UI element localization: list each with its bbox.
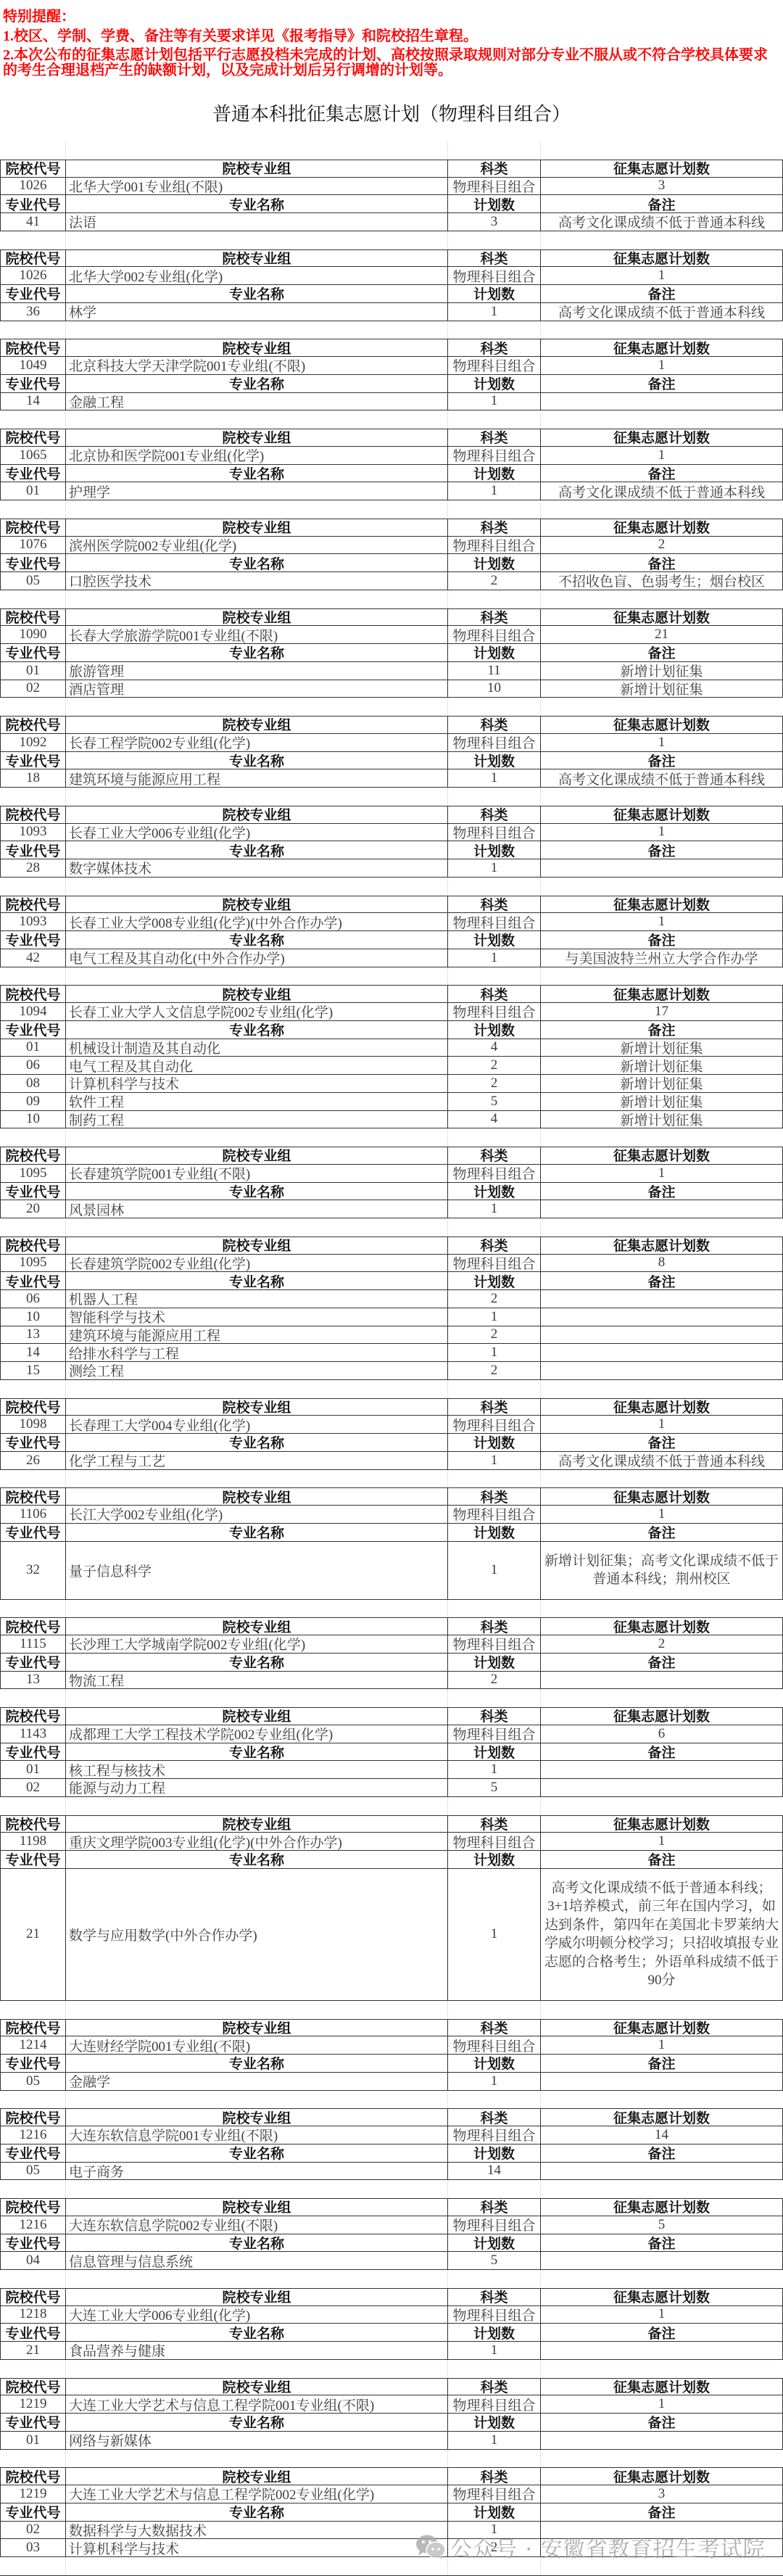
major-name: 旅游管理 xyxy=(66,662,448,680)
major-name: 电气工程及其自动化(中外合作办学) xyxy=(66,949,448,967)
col-header-plan-total: 征集志愿计划数 xyxy=(541,806,783,824)
col-header-category: 科类 xyxy=(448,2198,541,2216)
major-plan: 1 xyxy=(448,1344,541,1362)
spacer-row xyxy=(0,1218,783,1237)
spacer-row xyxy=(0,1470,783,1488)
spacer-cell xyxy=(0,1128,66,1147)
spacer-cell xyxy=(66,1689,448,1707)
col-header-major-code: 专业代号 xyxy=(0,2144,66,2163)
spacer-cell xyxy=(448,1380,541,1398)
group-block: 院校代号 院校专业组 科类 征集志愿计划数 1098 长春理工大学004专业组(… xyxy=(0,1398,783,1470)
major-code: 06 xyxy=(0,1057,66,1075)
major-row: 08 计算机科学与技术 2 新增计划征集 xyxy=(0,1075,783,1093)
spacer-cell xyxy=(448,231,541,249)
col-header-school-code: 院校代号 xyxy=(0,2288,66,2306)
major-remark: 高考文化课成绩不低于普通本科线 xyxy=(541,303,783,321)
col-header-remark: 备注 xyxy=(541,841,783,859)
group-name: 成都理工大学工程技术学院002专业组(化学) xyxy=(66,1725,448,1743)
col-header-major-name: 专业名称 xyxy=(66,931,448,949)
spacer-row xyxy=(0,410,783,429)
major-remark xyxy=(541,393,783,411)
col-header-major-name: 专业名称 xyxy=(66,2055,448,2073)
spacer-cell xyxy=(66,698,448,716)
category: 物理科目组合 xyxy=(448,1506,541,1524)
col-header-plan-total: 征集志愿计划数 xyxy=(541,519,783,537)
school-code: 1106 xyxy=(0,1506,66,1524)
major-name: 数学与应用数学(中外合作办学) xyxy=(66,1869,448,2001)
major-name: 智能科学与技术 xyxy=(66,1308,448,1326)
watermark: 公众号 · 安徽省教育招生考试院 xyxy=(415,2531,766,2563)
major-plan: 2 xyxy=(448,1326,541,1345)
col-header-major-plan: 计划数 xyxy=(448,1272,541,1290)
category: 物理科目组合 xyxy=(448,2395,541,2414)
category: 物理科目组合 xyxy=(448,1165,541,1183)
group-name: 长春大学旅游学院001专业组(不限) xyxy=(66,626,448,644)
col-header-major-code: 专业代号 xyxy=(0,1183,66,1201)
major-remark: 新增计划征集；高考文化课成绩不低于普通本科线；荆州校区 xyxy=(541,1542,783,1600)
group-header-row: 院校代号 院校专业组 科类 征集志愿计划数 xyxy=(0,1487,783,1506)
major-list: 26 化学工程与工艺 1 高考文化课成绩不低于普通本科线 xyxy=(0,1452,783,1470)
col-header-remark: 备注 xyxy=(541,1743,783,1762)
col-header-plan-total: 征集志愿计划数 xyxy=(541,2378,783,2396)
spacer-cell xyxy=(541,1689,783,1707)
major-plan: 4 xyxy=(448,1039,541,1057)
major-row: 28 数字媒体技术 1 xyxy=(0,859,783,878)
col-header-remark: 备注 xyxy=(541,285,783,303)
col-header-category: 科类 xyxy=(448,1147,541,1165)
major-list: 04 信息管理与信息系统 5 xyxy=(0,2252,783,2270)
col-header-major-name: 专业名称 xyxy=(66,752,448,770)
group-block: 院校代号 院校专业组 科类 征集志愿计划数 1026 北华大学002专业组(化学… xyxy=(0,249,783,321)
major-name: 给排水科学与工程 xyxy=(66,1344,448,1362)
major-header-row: 专业代号 专业名称 计划数 备注 xyxy=(0,1851,783,1869)
major-remark: 不招收色盲、色弱考生；烟台校区 xyxy=(541,572,783,590)
col-header-remark: 备注 xyxy=(541,2234,783,2253)
group-row: 1093 长春工业大学008专业组(化学)(中外合作办学) 物理科目组合 1 xyxy=(0,913,783,931)
spacer-row xyxy=(0,2360,783,2378)
spacer-row xyxy=(0,1797,783,1815)
major-code: 02 xyxy=(0,1779,66,1797)
spacer-cell xyxy=(541,1470,783,1488)
col-header-remark: 备注 xyxy=(541,1654,783,1672)
category: 物理科目组合 xyxy=(448,267,541,285)
col-header-plan-total: 征集志愿计划数 xyxy=(541,2019,783,2037)
group-header-row: 院校代号 院校专业组 科类 征集志愿计划数 xyxy=(0,806,783,824)
spacer-cell xyxy=(448,590,541,608)
col-header-school-code: 院校代号 xyxy=(0,1707,66,1725)
spacer-cell xyxy=(448,2360,541,2378)
group-block: 院校代号 院校专业组 科类 征集志愿计划数 1143 成都理工大学工程技术学院0… xyxy=(0,1707,783,1797)
spacer-cell xyxy=(448,698,541,716)
spacer-cell xyxy=(66,2557,448,2575)
category: 物理科目组合 xyxy=(448,626,541,644)
group-row: 1106 长江大学002专业组(化学) 物理科目组合 1 xyxy=(0,1506,783,1524)
major-remark xyxy=(541,1308,783,1326)
major-remark: 新增计划征集 xyxy=(541,1039,783,1057)
major-row: 06 电气工程及其自动化 2 新增计划征集 xyxy=(0,1057,783,1075)
major-list: 21 数学与应用数学(中外合作办学) 1 高考文化课成绩不低于普通本科线；3+1… xyxy=(0,1869,783,2001)
spacer-cell xyxy=(0,2450,66,2468)
col-header-major-name: 专业名称 xyxy=(66,1524,448,1542)
col-header-category: 科类 xyxy=(448,1617,541,1635)
spacer-cell xyxy=(541,2360,783,2378)
category: 物理科目组合 xyxy=(448,913,541,931)
col-header-major-plan: 计划数 xyxy=(448,2324,541,2342)
major-plan: 1 xyxy=(448,2073,541,2091)
school-code: 1095 xyxy=(0,1165,66,1183)
col-header-category: 科类 xyxy=(448,1815,541,1833)
major-code: 14 xyxy=(0,1344,66,1362)
col-header-category: 科类 xyxy=(448,608,541,627)
col-header-group: 院校专业组 xyxy=(66,608,448,627)
major-remark xyxy=(541,1362,783,1380)
col-header-remark: 备注 xyxy=(541,2324,783,2342)
spacer-row xyxy=(0,1380,783,1398)
col-header-school-code: 院校代号 xyxy=(0,249,66,268)
spacer-row xyxy=(0,590,783,608)
school-code: 1065 xyxy=(0,447,66,465)
major-row: 01 护理学 1 高考文化课成绩不低于普通本科线 xyxy=(0,482,783,500)
col-header-group: 院校专业组 xyxy=(66,1815,448,1833)
col-header-school-code: 院校代号 xyxy=(0,2467,66,2485)
major-name: 制药工程 xyxy=(66,1111,448,1129)
plan-total: 1 xyxy=(541,1506,783,1524)
col-header-plan-total: 征集志愿计划数 xyxy=(541,160,783,178)
major-remark xyxy=(541,1672,783,1690)
school-code: 1218 xyxy=(0,2306,66,2324)
major-header-row: 专业代号 专业名称 计划数 备注 xyxy=(0,2414,783,2432)
major-remark: 新增计划征集 xyxy=(541,680,783,698)
col-header-major-code: 专业代号 xyxy=(0,2324,66,2342)
spacer-cell xyxy=(66,2091,448,2109)
category: 物理科目组合 xyxy=(448,447,541,465)
major-row: 14 给排水科学与工程 1 xyxy=(0,1344,783,1362)
spacer-row xyxy=(0,2180,783,2198)
col-header-category: 科类 xyxy=(448,339,541,357)
major-list: 05 金融学 1 xyxy=(0,2073,783,2091)
col-header-major-code: 专业代号 xyxy=(0,1654,66,1672)
spacer-cell xyxy=(66,1218,448,1237)
col-header-major-plan: 计划数 xyxy=(448,1743,541,1762)
spacer-cell xyxy=(0,141,66,160)
spacer-row xyxy=(0,1128,783,1147)
category: 物理科目组合 xyxy=(448,2036,541,2055)
major-name: 测绘工程 xyxy=(66,1362,448,1380)
col-header-major-plan: 计划数 xyxy=(448,752,541,770)
col-header-major-plan: 计划数 xyxy=(448,465,541,483)
major-plan: 1 xyxy=(448,1452,541,1470)
major-plan: 10 xyxy=(448,680,541,698)
major-remark xyxy=(541,1344,783,1362)
spacer-cell xyxy=(66,2270,448,2288)
spacer-cell xyxy=(66,2180,448,2198)
major-name: 数字媒体技术 xyxy=(66,859,448,878)
major-name: 法语 xyxy=(66,213,448,231)
major-code: 09 xyxy=(0,1093,66,1111)
col-header-school-code: 院校代号 xyxy=(0,1815,66,1833)
col-header-school-code: 院校代号 xyxy=(0,339,66,357)
col-header-plan-total: 征集志愿计划数 xyxy=(541,716,783,734)
group-header-row: 院校代号 院校专业组 科类 征集志愿计划数 xyxy=(0,985,783,1003)
group-name: 长江大学002专业组(化学) xyxy=(66,1506,448,1524)
major-plan: 1 xyxy=(448,1542,541,1600)
spacer-cell xyxy=(0,321,66,339)
col-header-group: 院校专业组 xyxy=(66,160,448,178)
group-header-row: 院校代号 院校专业组 科类 征集志愿计划数 xyxy=(0,716,783,734)
col-header-major-name: 专业名称 xyxy=(66,465,448,483)
col-header-group: 院校专业组 xyxy=(66,1237,448,1255)
col-header-remark: 备注 xyxy=(541,1524,783,1542)
major-row: 05 电子商务 14 xyxy=(0,2163,783,2181)
col-header-major-code: 专业代号 xyxy=(0,554,66,572)
col-header-major-name: 专业名称 xyxy=(66,2503,448,2522)
major-row: 42 电气工程及其自动化(中外合作办学) 1 与美国波特兰州立大学合作办学 xyxy=(0,949,783,967)
plan-total: 1 xyxy=(541,2395,783,2414)
col-header-plan-total: 征集志愿计划数 xyxy=(541,985,783,1003)
spacer-cell xyxy=(541,2450,783,2468)
col-header-major-plan: 计划数 xyxy=(448,931,541,949)
notice-item-1: 1.校区、学制、学费、备注等有关要求详见《报考指导》和院校招生章程。 xyxy=(3,28,478,45)
plan-total: 2 xyxy=(541,537,783,555)
group-name: 北京科技大学天津学院001专业组(不限) xyxy=(66,357,448,375)
spacer-row xyxy=(0,2270,783,2288)
major-plan: 1 xyxy=(448,859,541,878)
col-header-major-name: 专业名称 xyxy=(66,2144,448,2163)
category: 物理科目组合 xyxy=(448,2485,541,2503)
major-header-row: 专业代号 专业名称 计划数 备注 xyxy=(0,1743,783,1762)
major-code: 14 xyxy=(0,393,66,411)
plan-total: 6 xyxy=(541,1725,783,1743)
category: 物理科目组合 xyxy=(448,178,541,196)
col-header-plan-total: 征集志愿计划数 xyxy=(541,249,783,268)
spacer-cell xyxy=(448,2450,541,2468)
col-header-remark: 备注 xyxy=(541,1434,783,1452)
major-list: 06 机器人工程 2 10 智能科学与技术 1 13 建筑环境与能源应用工程 2… xyxy=(0,1290,783,1380)
major-remark: 新增计划征集 xyxy=(541,1057,783,1075)
category: 物理科目组合 xyxy=(448,2126,541,2144)
col-header-major-name: 专业名称 xyxy=(66,1743,448,1762)
plan-total: 1 xyxy=(541,2306,783,2324)
major-name: 能源与动力工程 xyxy=(66,1779,448,1797)
major-row: 26 化学工程与工艺 1 高考文化课成绩不低于普通本科线 xyxy=(0,1452,783,1470)
spacer-cell xyxy=(448,1600,541,1618)
spacer-cell xyxy=(0,500,66,519)
category: 物理科目组合 xyxy=(448,1635,541,1654)
col-header-major-plan: 计划数 xyxy=(448,1021,541,1039)
school-code: 1026 xyxy=(0,267,66,285)
notice-item-2-continued: 的考生合理退档产生的缺额计划，以及完成计划后另行调增的计划等。 xyxy=(3,62,452,79)
major-plan: 3 xyxy=(448,213,541,231)
special-notice: 特别提醒： 1.校区、学制、学费、备注等有关要求详见《报考指导》和院校招生章程。… xyxy=(0,0,783,81)
col-header-category: 科类 xyxy=(448,1398,541,1416)
col-header-major-plan: 计划数 xyxy=(448,2503,541,2522)
col-header-group: 院校专业组 xyxy=(66,1398,448,1416)
major-row: 02 能源与动力工程 5 xyxy=(0,1779,783,1797)
major-remark: 新增计划征集 xyxy=(541,1111,783,1129)
col-header-major-plan: 计划数 xyxy=(448,1183,541,1201)
col-header-remark: 备注 xyxy=(541,465,783,483)
major-list: 14 金融工程 1 xyxy=(0,393,783,411)
category: 物理科目组合 xyxy=(448,1003,541,1021)
major-plan: 2 xyxy=(448,1057,541,1075)
major-code: 02 xyxy=(0,2522,66,2540)
major-code: 01 xyxy=(0,1039,66,1057)
group-header-row: 院校代号 院校专业组 科类 征集志愿计划数 xyxy=(0,1707,783,1725)
group-name: 大连财经学院001专业组(不限) xyxy=(66,2036,448,2055)
major-list: 42 电气工程及其自动化(中外合作办学) 1 与美国波特兰州立大学合作办学 xyxy=(0,949,783,967)
col-header-school-code: 院校代号 xyxy=(0,896,66,914)
major-remark: 新增计划征集 xyxy=(541,1093,783,1111)
major-name: 金融工程 xyxy=(66,393,448,411)
plan-total: 1 xyxy=(541,824,783,842)
major-remark: 高考文化课成绩不低于普通本科线；3+1培养模式，前三年在国内学习，如达到条件，第… xyxy=(541,1869,783,2001)
major-row: 10 智能科学与技术 1 xyxy=(0,1308,783,1326)
major-plan: 11 xyxy=(448,662,541,680)
major-header-row: 专业代号 专业名称 计划数 备注 xyxy=(0,1272,783,1290)
group-header-row: 院校代号 院校专业组 科类 征集志愿计划数 xyxy=(0,1617,783,1635)
major-plan: 1 xyxy=(448,949,541,967)
school-code: 1098 xyxy=(0,1416,66,1434)
col-header-remark: 备注 xyxy=(541,2414,783,2432)
spacer-cell xyxy=(66,2001,448,2019)
spacer-cell xyxy=(448,321,541,339)
group-block: 院校代号 院校专业组 科类 征集志愿计划数 1095 长春建筑学院002专业组(… xyxy=(0,1237,783,1380)
col-header-group: 院校专业组 xyxy=(66,806,448,824)
spacer-cell xyxy=(66,2360,448,2378)
plan-total: 1 xyxy=(541,913,783,931)
col-header-remark: 备注 xyxy=(541,1851,783,1869)
col-header-major-name: 专业名称 xyxy=(66,285,448,303)
group-name: 大连东软信息学院002专业组(不限) xyxy=(66,2216,448,2234)
major-remark xyxy=(541,2432,783,2450)
major-code: 36 xyxy=(0,303,66,321)
spacer-cell xyxy=(541,1600,783,1618)
group-header-row: 院校代号 院校专业组 科类 征集志愿计划数 xyxy=(0,1815,783,1833)
col-header-major-plan: 计划数 xyxy=(448,1654,541,1672)
col-header-category: 科类 xyxy=(448,985,541,1003)
spacer-row xyxy=(0,2091,783,2109)
major-plan: 2 xyxy=(448,572,541,590)
group-row: 1095 长春建筑学院002专业组(化学) 物理科目组合 8 xyxy=(0,1255,783,1273)
major-list: 32 量子信息科学 1 新增计划征集；高考文化课成绩不低于普通本科线；荆州校区 xyxy=(0,1542,783,1600)
major-plan: 2 xyxy=(448,1672,541,1690)
group-header-row: 院校代号 院校专业组 科类 征集志愿计划数 xyxy=(0,1398,783,1416)
major-list: 05 电子商务 14 xyxy=(0,2163,783,2181)
major-header-row: 专业代号 专业名称 计划数 备注 xyxy=(0,2324,783,2342)
group-name: 长春工业大学006专业组(化学) xyxy=(66,824,448,842)
col-header-category: 科类 xyxy=(448,2378,541,2396)
category: 物理科目组合 xyxy=(448,824,541,842)
col-header-remark: 备注 xyxy=(541,2503,783,2522)
group-row: 1090 长春大学旅游学院001专业组(不限) 物理科目组合 21 xyxy=(0,626,783,644)
major-header-row: 专业代号 专业名称 计划数 备注 xyxy=(0,2503,783,2522)
major-list: 20 风景园林 1 xyxy=(0,1200,783,1218)
category: 物理科目组合 xyxy=(448,1725,541,1743)
spacer-cell xyxy=(66,1128,448,1147)
col-header-major-code: 专业代号 xyxy=(0,2503,66,2522)
major-list: 36 林学 1 高考文化课成绩不低于普通本科线 xyxy=(0,303,783,321)
major-row: 01 旅游管理 11 新增计划征集 xyxy=(0,662,783,680)
spacer-cell xyxy=(541,2270,783,2288)
col-header-category: 科类 xyxy=(448,896,541,914)
major-row: 09 软件工程 5 新增计划征集 xyxy=(0,1093,783,1111)
col-header-plan-total: 征集志愿计划数 xyxy=(541,1398,783,1416)
spacer-cell xyxy=(448,2270,541,2288)
major-code: 18 xyxy=(0,769,66,788)
major-plan: 1 xyxy=(448,2342,541,2360)
major-code: 20 xyxy=(0,1200,66,1218)
col-header-major-name: 专业名称 xyxy=(66,554,448,572)
col-header-major-code: 专业代号 xyxy=(0,1524,66,1542)
major-plan: 1 xyxy=(448,482,541,500)
plan-total: 1 xyxy=(541,2036,783,2055)
spacer-cell xyxy=(66,788,448,806)
major-remark: 高考文化课成绩不低于普通本科线 xyxy=(541,769,783,788)
major-name: 机械设计制造及其自动化 xyxy=(66,1039,448,1057)
group-header-row: 院校代号 院校专业组 科类 征集志愿计划数 xyxy=(0,896,783,914)
spacer-cell xyxy=(448,1470,541,1488)
col-header-major-plan: 计划数 xyxy=(448,195,541,213)
major-code: 26 xyxy=(0,1452,66,1470)
school-code: 1093 xyxy=(0,824,66,842)
spacer-cell xyxy=(0,2557,66,2575)
spacer-cell xyxy=(66,1797,448,1815)
col-header-major-code: 专业代号 xyxy=(0,465,66,483)
major-remark xyxy=(541,2252,783,2270)
spacer-cell xyxy=(541,2091,783,2109)
col-header-major-plan: 计划数 xyxy=(448,1524,541,1542)
col-header-group: 院校专业组 xyxy=(66,2288,448,2306)
major-row: 13 建筑环境与能源应用工程 2 xyxy=(0,1326,783,1345)
major-code: 42 xyxy=(0,949,66,967)
col-header-plan-total: 征集志愿计划数 xyxy=(541,2288,783,2306)
spacer-row xyxy=(0,2450,783,2468)
spacer-cell xyxy=(0,231,66,249)
school-code: 1216 xyxy=(0,2126,66,2144)
col-header-major-plan: 计划数 xyxy=(448,2234,541,2253)
major-header-row: 专业代号 专业名称 计划数 备注 xyxy=(0,285,783,303)
spacer-cell xyxy=(0,698,66,716)
spacer-cell xyxy=(66,1600,448,1618)
major-name: 软件工程 xyxy=(66,1093,448,1111)
spacer-cell xyxy=(541,231,783,249)
plan-total: 17 xyxy=(541,1003,783,1021)
col-header-plan-total: 征集志愿计划数 xyxy=(541,429,783,447)
school-code: 1026 xyxy=(0,178,66,196)
group-name: 大连工业大学艺术与信息工程学院001专业组(不限) xyxy=(66,2395,448,2414)
major-list: 01 核工程与核技术 1 02 能源与动力工程 5 xyxy=(0,1761,783,1797)
group-header-row: 院校代号 院校专业组 科类 征集志愿计划数 xyxy=(0,2108,783,2126)
major-remark: 高考文化课成绩不低于普通本科线 xyxy=(541,1452,783,1470)
plan-total: 3 xyxy=(541,178,783,196)
group-row: 1115 长沙理工大学城南学院002专业组(化学) 物理科目组合 2 xyxy=(0,1635,783,1654)
major-name: 护理学 xyxy=(66,482,448,500)
spacer-cell xyxy=(448,1797,541,1815)
category: 物理科目组合 xyxy=(448,734,541,752)
major-plan: 1 xyxy=(448,393,541,411)
col-header-school-code: 院校代号 xyxy=(0,1398,66,1416)
group-header-row: 院校代号 院校专业组 科类 征集志愿计划数 xyxy=(0,160,783,178)
col-header-major-name: 专业名称 xyxy=(66,2414,448,2432)
major-name: 口腔医学技术 xyxy=(66,572,448,590)
col-header-major-plan: 计划数 xyxy=(448,644,541,662)
group-name: 长沙理工大学城南学院002专业组(化学) xyxy=(66,1635,448,1654)
major-plan: 1 xyxy=(448,303,541,321)
spacer-cell xyxy=(0,2001,66,2019)
major-name: 电子商务 xyxy=(66,2163,448,2181)
plan-total: 1 xyxy=(541,447,783,465)
spacer-row xyxy=(0,500,783,519)
